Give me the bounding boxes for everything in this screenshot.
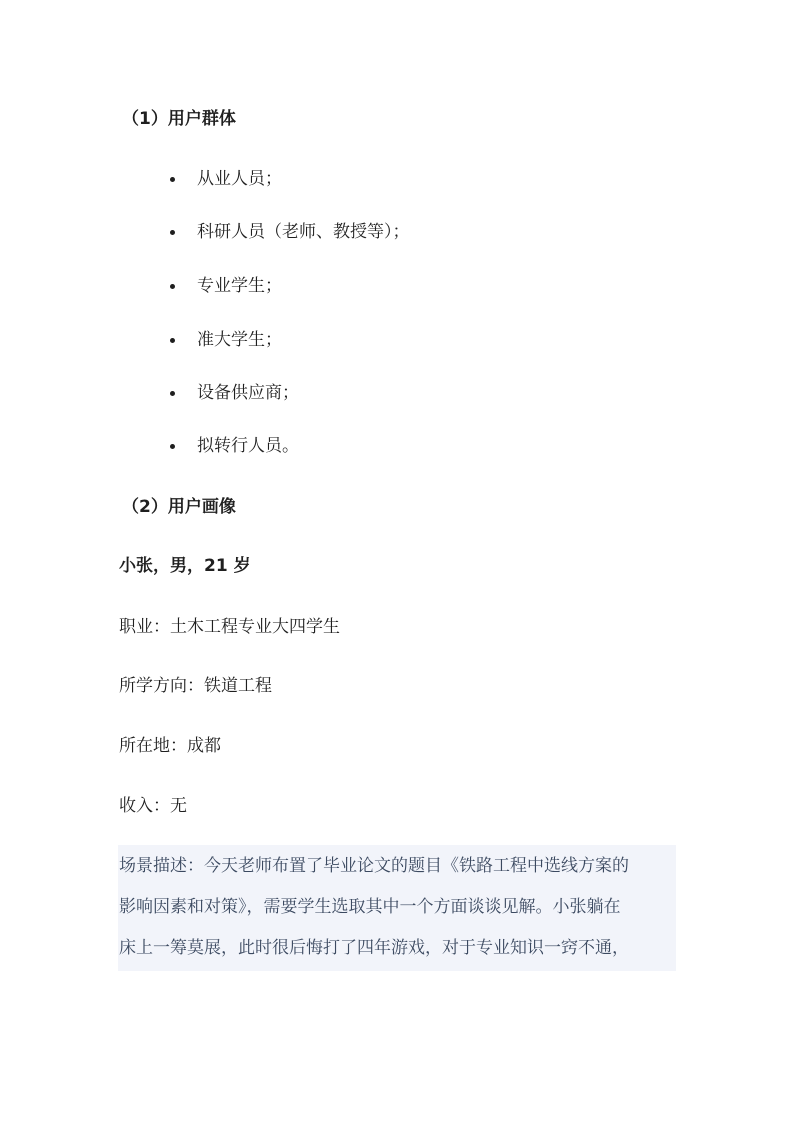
bullet-icon [170, 230, 175, 235]
list-item: 拟转行人员。 [170, 434, 299, 458]
persona-occupation: 职业：土木工程专业大四学生 [119, 616, 340, 638]
bullet-icon [170, 177, 175, 182]
bullet-icon [170, 444, 175, 449]
list-item: 设备供应商； [170, 381, 299, 405]
list-item: 专业学生； [170, 274, 282, 298]
list-item-text: 准大学生； [197, 329, 282, 351]
bullet-icon [170, 338, 175, 343]
list-item: 从业人员； [170, 167, 282, 191]
list-item-text: 拟转行人员。 [197, 435, 299, 457]
list-item: 科研人员（老师、教授等）； [170, 220, 410, 244]
bullet-icon [170, 391, 175, 396]
bullet-icon [170, 284, 175, 289]
scene-line: 场景描述：今天老师布置了毕业论文的题目《铁路工程中选线方案的 [119, 855, 629, 877]
persona-income: 收入：无 [119, 795, 187, 817]
scene-line: 床上一筹莫展，此时很后悔打了四年游戏，对于专业知识一窍不通， [119, 937, 629, 959]
persona-location: 所在地：成都 [119, 735, 221, 757]
list-item: 准大学生； [170, 328, 282, 352]
section-heading-user-groups: （1）用户群体 [122, 108, 236, 130]
persona-major: 所学方向：铁道工程 [119, 675, 272, 697]
list-item-text: 专业学生； [197, 275, 282, 297]
list-item-text: 从业人员； [197, 168, 282, 190]
persona-title: 小张，男，21 岁 [119, 555, 251, 577]
list-item-text: 设备供应商； [197, 382, 299, 404]
scene-line: 影响因素和对策》，需要学生选取其中一个方面谈谈见解。小张躺在 [119, 896, 621, 918]
list-item-text: 科研人员（老师、教授等）； [197, 221, 410, 243]
section-heading-user-persona: （2）用户画像 [122, 496, 236, 518]
scene-description-block: 场景描述：今天老师布置了毕业论文的题目《铁路工程中选线方案的 影响因素和对策》，… [118, 845, 676, 971]
